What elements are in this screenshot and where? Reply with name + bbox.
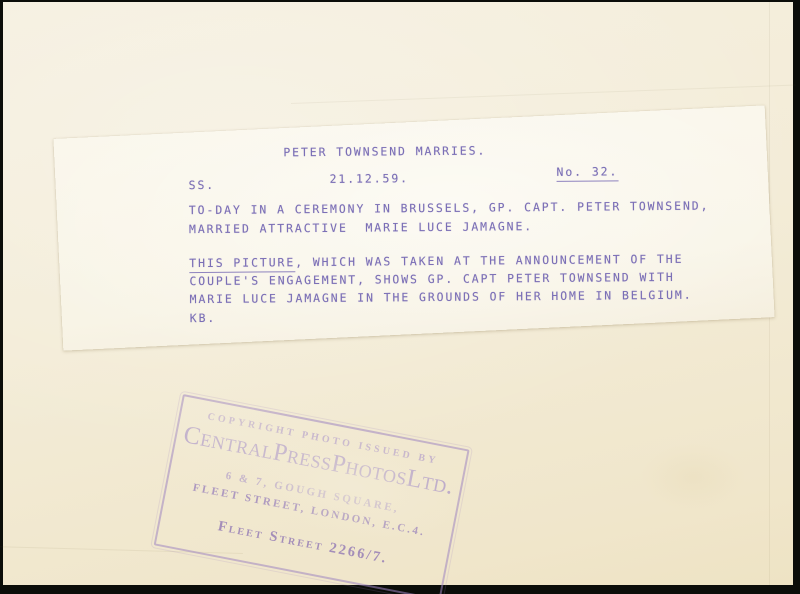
caption-paragraph2-line2: COUPLE'S ENGAGEMENT, SHOWS GP. CAPT PETE… (189, 270, 674, 288)
caption-underlined-phrase: THIS PICTURE (189, 255, 295, 272)
photo-back-scan: PETER TOWNSEND MARRIES. SS. 21.12.59. No… (0, 0, 800, 594)
caption-number: No. 32. (556, 164, 618, 179)
caption-ref: SS. (189, 178, 216, 192)
caption-paragraph2-line1-rest: , WHICH WAS TAKEN AT THE ANNOUNCEMENT OF… (295, 252, 683, 269)
caption-title: PETER TOWNSEND MARRIES. (283, 144, 486, 160)
caption-paragraph2-line1: THIS PICTURE, WHICH WAS TAKEN AT THE ANN… (189, 252, 683, 270)
caption-paragraph1-line2: MARRIED ATTRACTIVE MARIE LUCE JAMAGNE. (189, 219, 533, 236)
caption-date: 21.12.59. (329, 171, 409, 186)
caption-signoff: KB. (190, 311, 217, 325)
caption-paragraph2-line3: MARIE LUCE JAMAGNE IN THE GROUNDS OF HER… (190, 288, 693, 306)
caption-number-text: No. 32. (556, 164, 618, 181)
photo-paper: PETER TOWNSEND MARRIES. SS. 21.12.59. No… (3, 2, 793, 585)
caption-paragraph1-line1: TO-DAY IN A CEREMONY IN BRUSSELS, GP. CA… (189, 199, 710, 218)
